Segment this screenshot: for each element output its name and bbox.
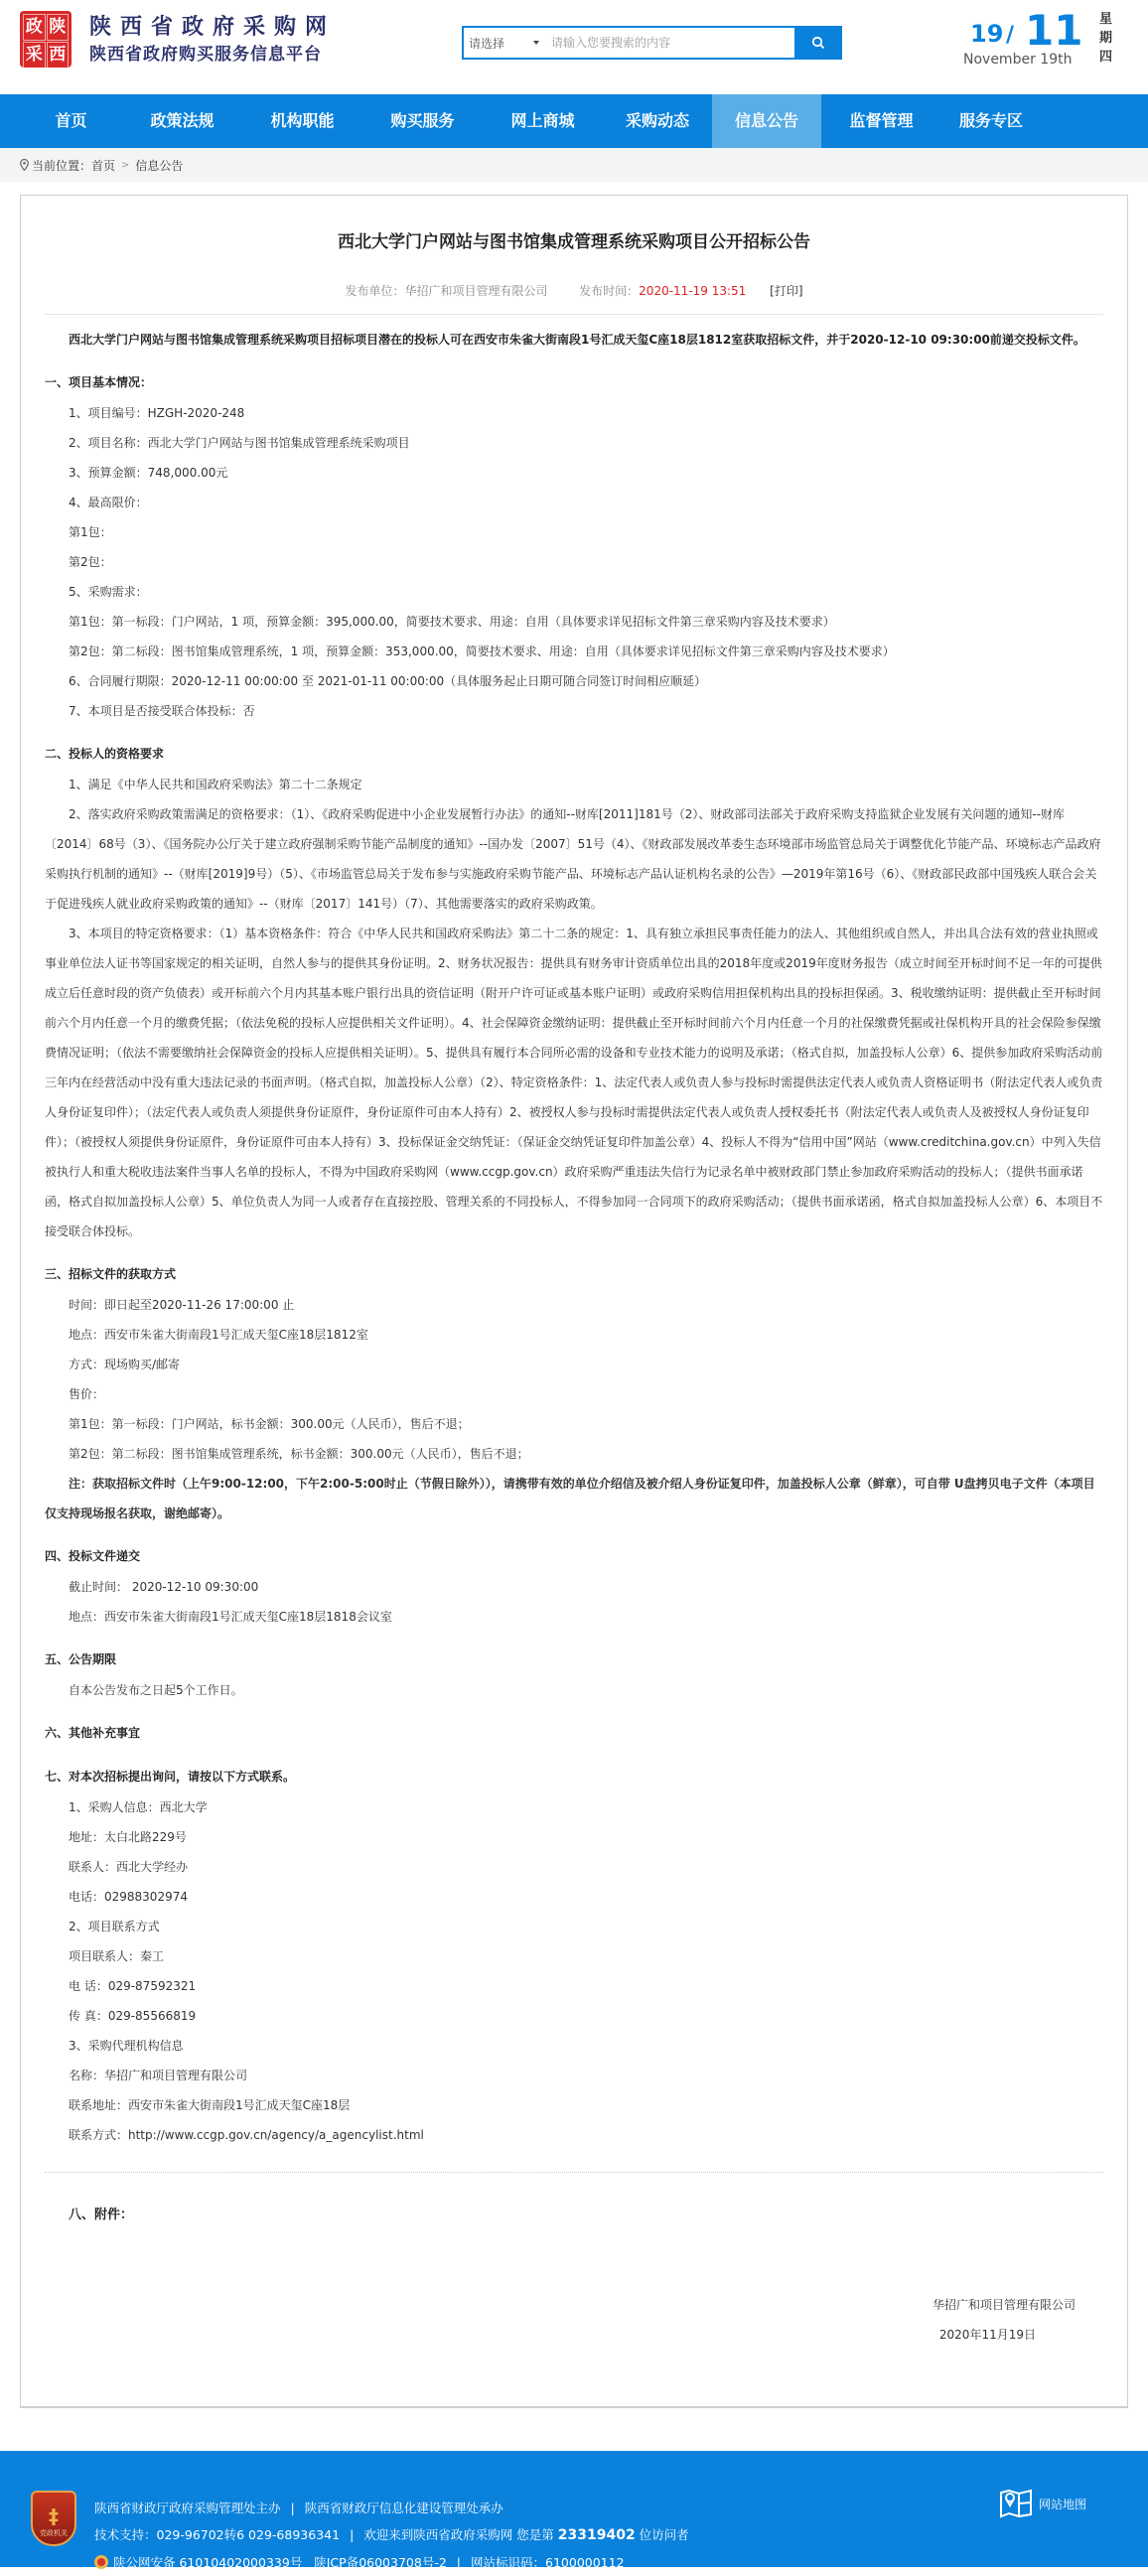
lead-paragraph: 西北大学门户网站与图书馆集成管理系统采购项目招标项目潜在的投标人可在西安市朱雀大… — [45, 325, 1103, 355]
section-heading: 三、招标文件的获取方式 — [45, 1258, 1103, 1290]
site-name: 陕西省政府采购网 陕西省政府购买服务信息平台 — [89, 14, 336, 68]
breadcrumb-current[interactable]: 信息公告 — [135, 157, 183, 174]
main-nav: 首页 政策法规 机构职能 购买服务 网上商城 采购动态 信息公告 监督管理 服务… — [0, 94, 1148, 148]
acquire-location: 地点：西安市朱雀大街南段1号汇成天玺C座18层1812室 — [45, 1320, 1103, 1350]
article-meta: 发布单位：华招广和项目管理有限公司 发布时间：2020-11-19 13:51 … — [45, 281, 1103, 301]
search-bar: 请选择 — [462, 26, 842, 60]
footer-support: 技术支持：029-96702转6 029-68936341 — [94, 2527, 340, 2542]
project-phone: 电 话：029-87592321 — [45, 1971, 1103, 2001]
search-category-label: 请选择 — [469, 35, 504, 52]
package-1-price: 第1包：第一标段：门户网站，标书金额：300.00元（人民币），售后不退； — [45, 1409, 1103, 1439]
signature: 华招广和项目管理有限公司 2020年11月19日 — [45, 2290, 1103, 2350]
site-header: 政 陕 采 西 陕西省政府采购网 陕西省政府购买服务信息平台 请选择 19 / … — [0, 0, 1148, 94]
search-button[interactable] — [794, 26, 842, 60]
date-english: November 19th — [963, 52, 1072, 68]
page-title: 西北大学门户网站与图书馆集成管理系统采购项目公开招标公告 — [45, 227, 1103, 257]
submit-deadline: 截止时间： 2020-12-10 09:30:00 — [45, 1572, 1103, 1602]
price-label: 售价： — [45, 1379, 1103, 1409]
article-content: 西北大学门户网站与图书馆集成管理系统采购项目招标项目潜在的投标人可在西安市朱雀大… — [45, 325, 1103, 2350]
date-weekday: 星 期 四 — [1099, 10, 1115, 67]
section-heading: 二、投标人的资格要求 — [45, 738, 1103, 770]
police-record[interactable]: 陕公网安备 61010402000339号 — [113, 2555, 302, 2570]
badge-emblem-icon: ‡ — [49, 2504, 59, 2528]
package-2: 第2包： — [45, 547, 1103, 577]
footer-organizer: 陕西省财政厅信息化建设管理处承办 — [305, 2501, 503, 2515]
nav-service-zone[interactable]: 服务专区 — [941, 94, 1041, 148]
agency-name: 名称：华招广和项目管理有限公司 — [45, 2061, 1103, 2090]
project-contact-person: 项目联系人：秦工 — [45, 1941, 1103, 1971]
divider — [45, 314, 1103, 315]
section-heading: 一、项目基本情况： — [45, 366, 1103, 398]
package-1-needs: 第1包：第一标段：门户网站，1 项，预算金额：395,000.00，简要技术要求… — [45, 607, 1103, 637]
purchaser-address: 地址：太白北路229号 — [45, 1822, 1103, 1852]
project-contact-title: 2、项目联系方式 — [45, 1912, 1103, 1941]
nav-supervision[interactable]: 监督管理 — [821, 94, 941, 148]
sitemap-label: 网站地图 — [1039, 2496, 1086, 2512]
agency-info-title: 3、采购代理机构信息 — [45, 2031, 1103, 2061]
site-footer: ‡ 党政机关 陕西省财政厅政府采购管理处主办|陕西省财政厅信息化建设管理处承办 … — [0, 2451, 1148, 2567]
date-day: 19 — [970, 20, 1003, 48]
sitemap-link[interactable]: 网站地图 — [999, 2489, 1086, 2518]
package-2-price: 第2包：第二标段：图书馆集成管理系统，标书金额：300.00元（人民币），售后不… — [45, 1439, 1103, 1469]
attachments-heading: 八、附件： — [69, 2201, 1103, 2230]
section-heading: 七、对本次招标提出询问，请按以下方式联系。 — [45, 1761, 1103, 1792]
separator: | — [457, 2555, 461, 2570]
logo-char: 西 — [47, 42, 70, 69]
max-price: 4、最高限价： — [45, 488, 1103, 517]
signature-date: 2020年11月19日 — [45, 2320, 1076, 2350]
site-title: 陕西省政府采购网 — [89, 14, 336, 42]
nav-institutions[interactable]: 机构职能 — [242, 94, 362, 148]
package-2-needs: 第2包：第二标段：图书馆集成管理系统，1 项，预算金额：353,000.00，简… — [45, 637, 1103, 666]
breadcrumb-prefix: 当前位置： — [32, 157, 91, 174]
nav-online-mall[interactable]: 网上商城 — [483, 94, 603, 148]
search-input[interactable] — [545, 28, 794, 58]
footer-host: 陕西省财政厅政府采购管理处主办 — [94, 2501, 281, 2515]
project-number: 1、项目编号：HZGH-2020-248 — [45, 398, 1103, 428]
announcement-article: 西北大学门户网站与图书馆集成管理系统采购项目公开招标公告 发布单位：华招广和项目… — [20, 195, 1128, 2408]
project-name: 2、项目名称：西北大学门户网站与图书馆集成管理系统采购项目 — [45, 428, 1103, 458]
acquire-note: 注：获取招标文件时（上午9:00-12:00，下午2:00-5:00时止（节假日… — [45, 1469, 1103, 1528]
publisher: 华招广和项目管理有限公司 — [404, 284, 547, 298]
purchaser-contact: 联系人：西北大学经办 — [45, 1852, 1103, 1882]
agency-contact-link[interactable]: 联系方式：http://www.ccgp.gov.cn/agency/a_age… — [45, 2120, 1103, 2150]
search-icon — [811, 36, 825, 50]
site-logo[interactable]: 政 陕 采 西 — [20, 11, 72, 68]
publisher-label: 发布单位： — [345, 284, 404, 298]
nav-procurement-news[interactable]: 采购动态 — [603, 94, 712, 148]
qualification-1: 1、满足《中华人民共和国政府采购法》第二十二条规定 — [45, 770, 1103, 799]
agency-address: 联系地址：西安市朱雀大街南段1号汇成天玺C座18层 — [45, 2090, 1103, 2120]
weekday-char: 四 — [1099, 48, 1115, 67]
nav-announcements[interactable]: 信息公告 — [712, 94, 821, 148]
acquire-method: 方式：现场购买/邮寄 — [45, 1350, 1103, 1379]
badge-text: 党政机关 — [40, 2528, 68, 2538]
section-heading: 六、其他补充事宜 — [45, 1717, 1103, 1749]
footer-info: 陕西省财政厅政府采购管理处主办|陕西省财政厅信息化建设管理处承办 技术支持：02… — [94, 2495, 689, 2576]
police-emblem-icon — [94, 2555, 108, 2569]
breadcrumb-separator: > — [121, 160, 129, 171]
project-fax: 传 真：029-85566819 — [45, 2001, 1103, 2031]
section-heading: 五、公告期限 — [45, 1644, 1103, 1675]
submit-location: 地点：西安市朱雀大街南段1号汇成天玺C座18层1818会议室 — [45, 1602, 1103, 1632]
package-1: 第1包： — [45, 517, 1103, 547]
logo-char: 政 — [23, 14, 46, 41]
date-slash: / — [1006, 23, 1014, 48]
purchaser-phone: 电话：02988302974 — [45, 1882, 1103, 1912]
icp-record[interactable]: 陕ICP备06003708号-2 — [314, 2555, 447, 2570]
visitor-count: 23319402 — [558, 2527, 636, 2543]
breadcrumb: 当前位置： 首页 > 信息公告 — [0, 148, 1148, 182]
footer-welcome: 欢迎来到陕西省政府采购网 您是第 — [363, 2527, 553, 2542]
purchaser-info: 1、采购人信息：西北大学 — [45, 1792, 1103, 1822]
signature-company: 华招广和项目管理有限公司 — [45, 2290, 1076, 2320]
budget-amount: 3、预算金额：748,000.00元 — [45, 458, 1103, 488]
publish-time-label: 发布时间： — [579, 284, 639, 298]
nav-home[interactable]: 首页 — [20, 94, 122, 148]
chevron-down-icon — [533, 41, 539, 45]
print-button[interactable]: [打印] — [770, 284, 802, 298]
qualification-3: 3、本项目的特定资格要求：（1）基本资格条件：符合《中华人民共和国政府采购法》第… — [45, 919, 1103, 1246]
logo-char: 采 — [23, 42, 46, 69]
separator: | — [291, 2501, 295, 2515]
date-month: 11 — [1025, 6, 1082, 56]
location-pin-icon — [20, 159, 29, 171]
visitor-suffix: 位访问者 — [640, 2527, 689, 2542]
logo-char: 陕 — [47, 14, 70, 41]
contract-period: 6、合同履行期限：2020-12-11 00:00:00 至 2021-01-1… — [45, 666, 1103, 696]
breadcrumb-home[interactable]: 首页 — [91, 157, 115, 174]
site-code: 网站标识码：6100000112 — [471, 2555, 625, 2570]
party-government-badge[interactable]: ‡ 党政机关 — [31, 2491, 76, 2546]
separator: | — [350, 2527, 354, 2542]
weekday-char: 期 — [1099, 29, 1115, 48]
procurement-needs: 5、采购需求： — [45, 577, 1103, 607]
joint-bid: 7、本项目是否接受联合体投标：否 — [45, 696, 1103, 726]
qualification-2: 2、落实政府采购政策需满足的资格要求：（1）、《政府采购促进中小企业发展暂行办法… — [45, 799, 1103, 919]
search-category-select[interactable]: 请选择 — [464, 28, 545, 58]
site-subtitle: 陕西省政府购买服务信息平台 — [89, 42, 336, 68]
notice-period: 自本公告发布之日起5个工作日。 — [45, 1675, 1103, 1705]
nav-policy[interactable]: 政策法规 — [122, 94, 242, 148]
weekday-char: 星 — [1099, 10, 1115, 29]
divider — [45, 2172, 1103, 2173]
map-icon — [999, 2489, 1033, 2518]
nav-purchase-services[interactable]: 购买服务 — [362, 94, 483, 148]
acquire-time: 时间：即日起至2020-11-26 17:00:00 止 — [45, 1290, 1103, 1320]
section-heading: 四、投标文件递交 — [45, 1540, 1103, 1572]
publish-time: 2020-11-19 13:51 — [639, 284, 746, 298]
